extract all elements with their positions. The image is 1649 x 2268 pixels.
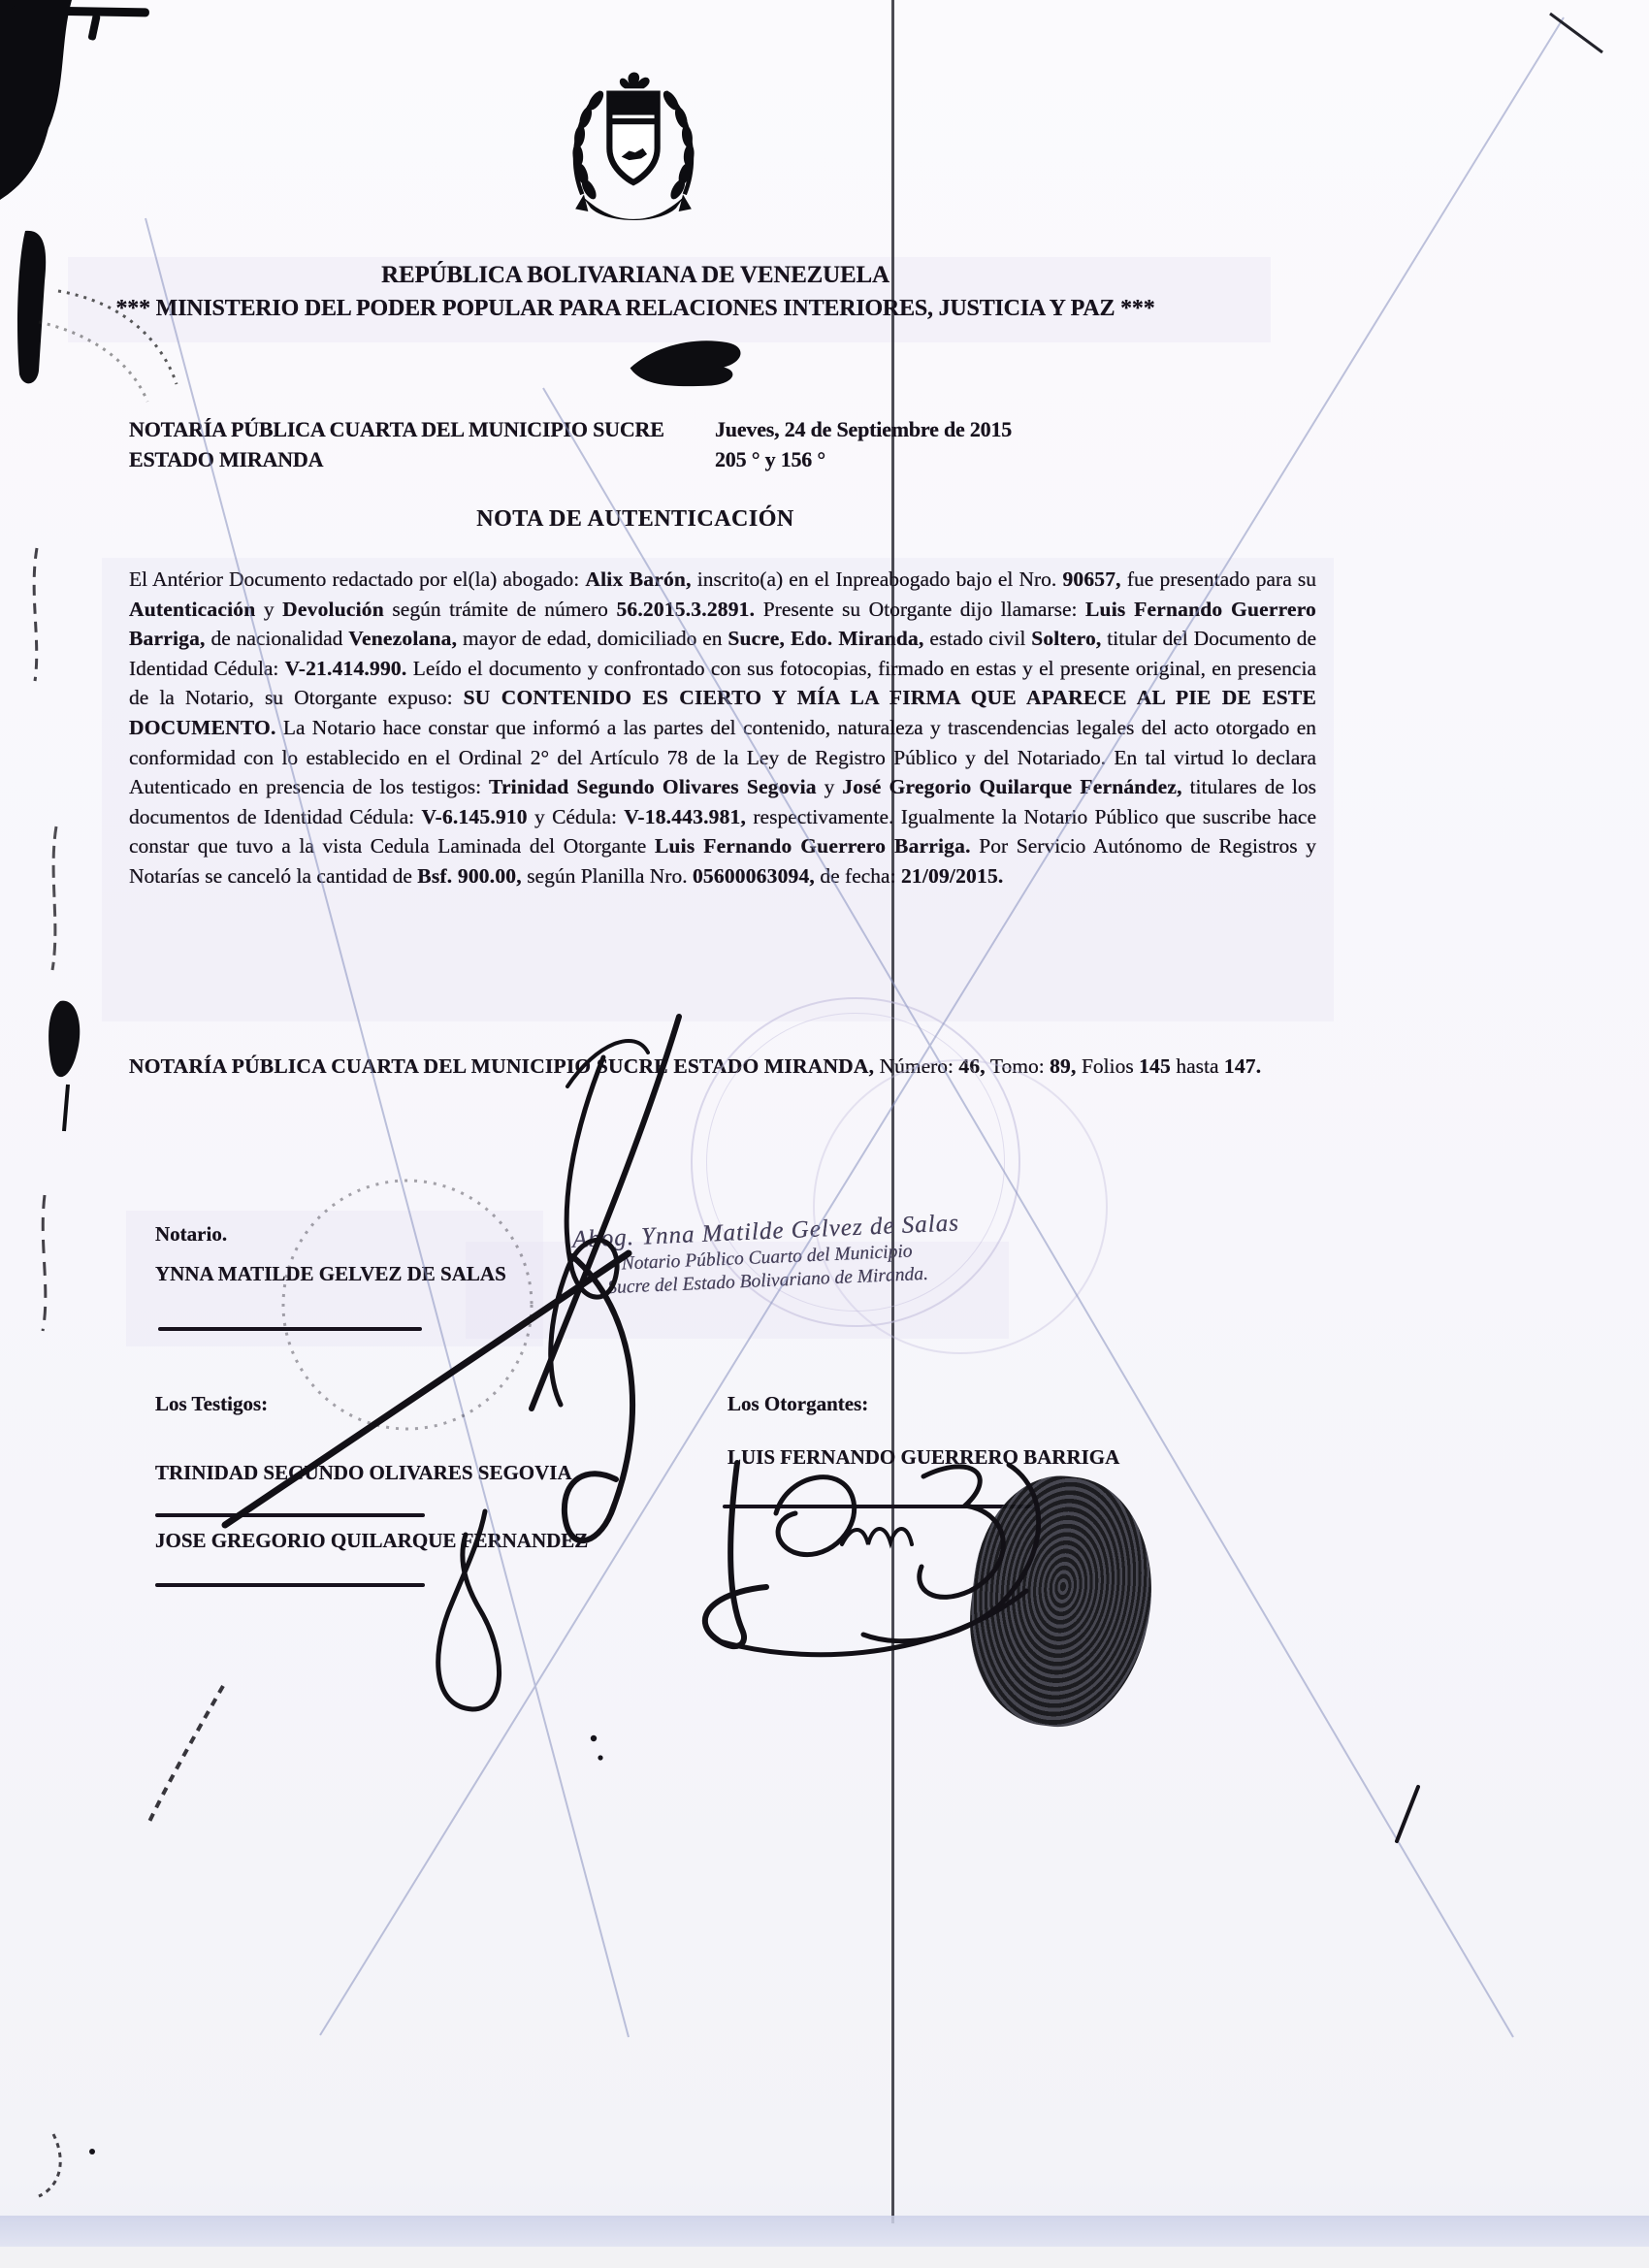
- scan-band: [0, 2216, 1649, 2247]
- grantor-signature: [705, 1463, 1039, 1655]
- stamp-remnant-dots: [283, 1181, 532, 1429]
- margin-marks: [0, 0, 1418, 2196]
- corner-scratch: [1550, 14, 1602, 52]
- notary-signature: [532, 1017, 679, 1409]
- witness1-signature: [225, 1253, 632, 1540]
- scanned-notary-document: REPÚBLICA BOLIVARIANA DE VENEZUELA *** M…: [0, 0, 1649, 2268]
- ink-overlay: [0, 0, 1649, 2268]
- scan-artifact-lines: [145, 17, 1564, 2037]
- witness2-signature: [438, 1511, 500, 1709]
- scan-band-light: [0, 2247, 1649, 2268]
